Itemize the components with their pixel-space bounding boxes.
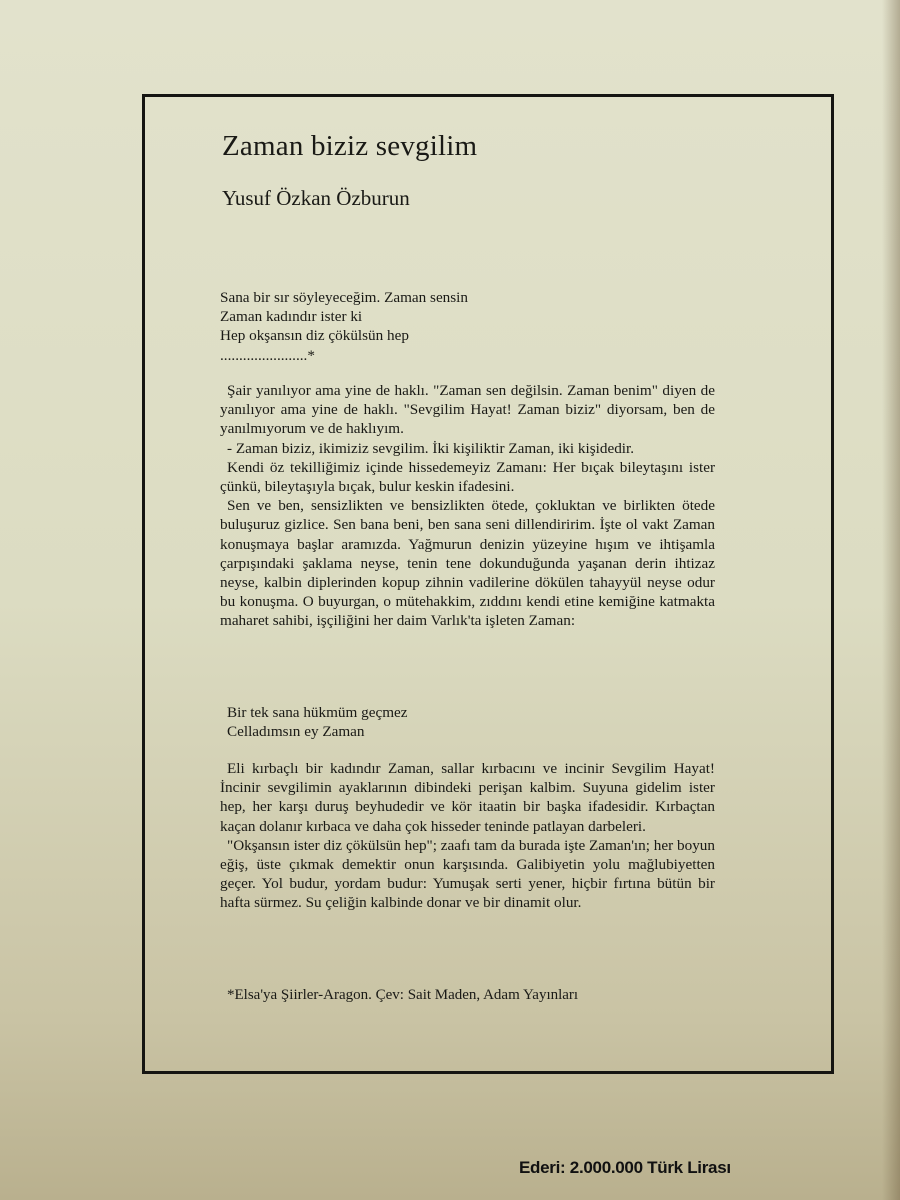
footnote: *Elsa'ya Şiirler-Aragon. Çev: Sait Maden… <box>227 987 578 1004</box>
price-label: Ederi: 2.000.000 Türk Lirası <box>519 1158 731 1178</box>
body-section-1: Şair yanılıyor ama yine de haklı. "Zaman… <box>220 381 715 631</box>
paragraph: Eli kırbaçlı bir kadındır Zaman, sallar … <box>220 759 715 836</box>
epigraph-line: Hep okşansın diz çökülsün hep <box>220 326 715 345</box>
verse-line: Celladımsın ey Zaman <box>227 722 715 741</box>
epigraph-line: Sana bir sır söyleyeceğim. Zaman sensin <box>220 288 715 307</box>
paragraph: "Okşansın ister diz çökülsün hep"; zaafı… <box>220 836 715 913</box>
epigraph-line: Zaman kadındır ister ki <box>220 307 715 326</box>
paragraph: Sen ve ben, sensizlikten ve bensizlikten… <box>220 496 715 630</box>
paragraph: - Zaman biziz, ikimiziz sevgilim. İki ki… <box>220 439 715 458</box>
verse-line: Bir tek sana hükmüm geçmez <box>227 703 715 722</box>
page-edge-shadow <box>882 0 900 1200</box>
body-section-2: Eli kırbaçlı bir kadındır Zaman, sallar … <box>220 759 715 913</box>
epigraph: Sana bir sır söyleyeceğim. Zaman sensin … <box>220 288 715 365</box>
article-author: Yusuf Özkan Özburun <box>222 186 410 211</box>
paragraph: Şair yanılıyor ama yine de haklı. "Zaman… <box>220 381 715 439</box>
verse-quote: Bir tek sana hükmüm geçmez Celladımsın e… <box>220 703 715 741</box>
article-title: Zaman biziz sevgilim <box>222 130 477 163</box>
epigraph-line: .......................* <box>220 346 715 365</box>
paragraph: Kendi öz tekilliğimiz içinde hissedemeyi… <box>220 458 715 496</box>
